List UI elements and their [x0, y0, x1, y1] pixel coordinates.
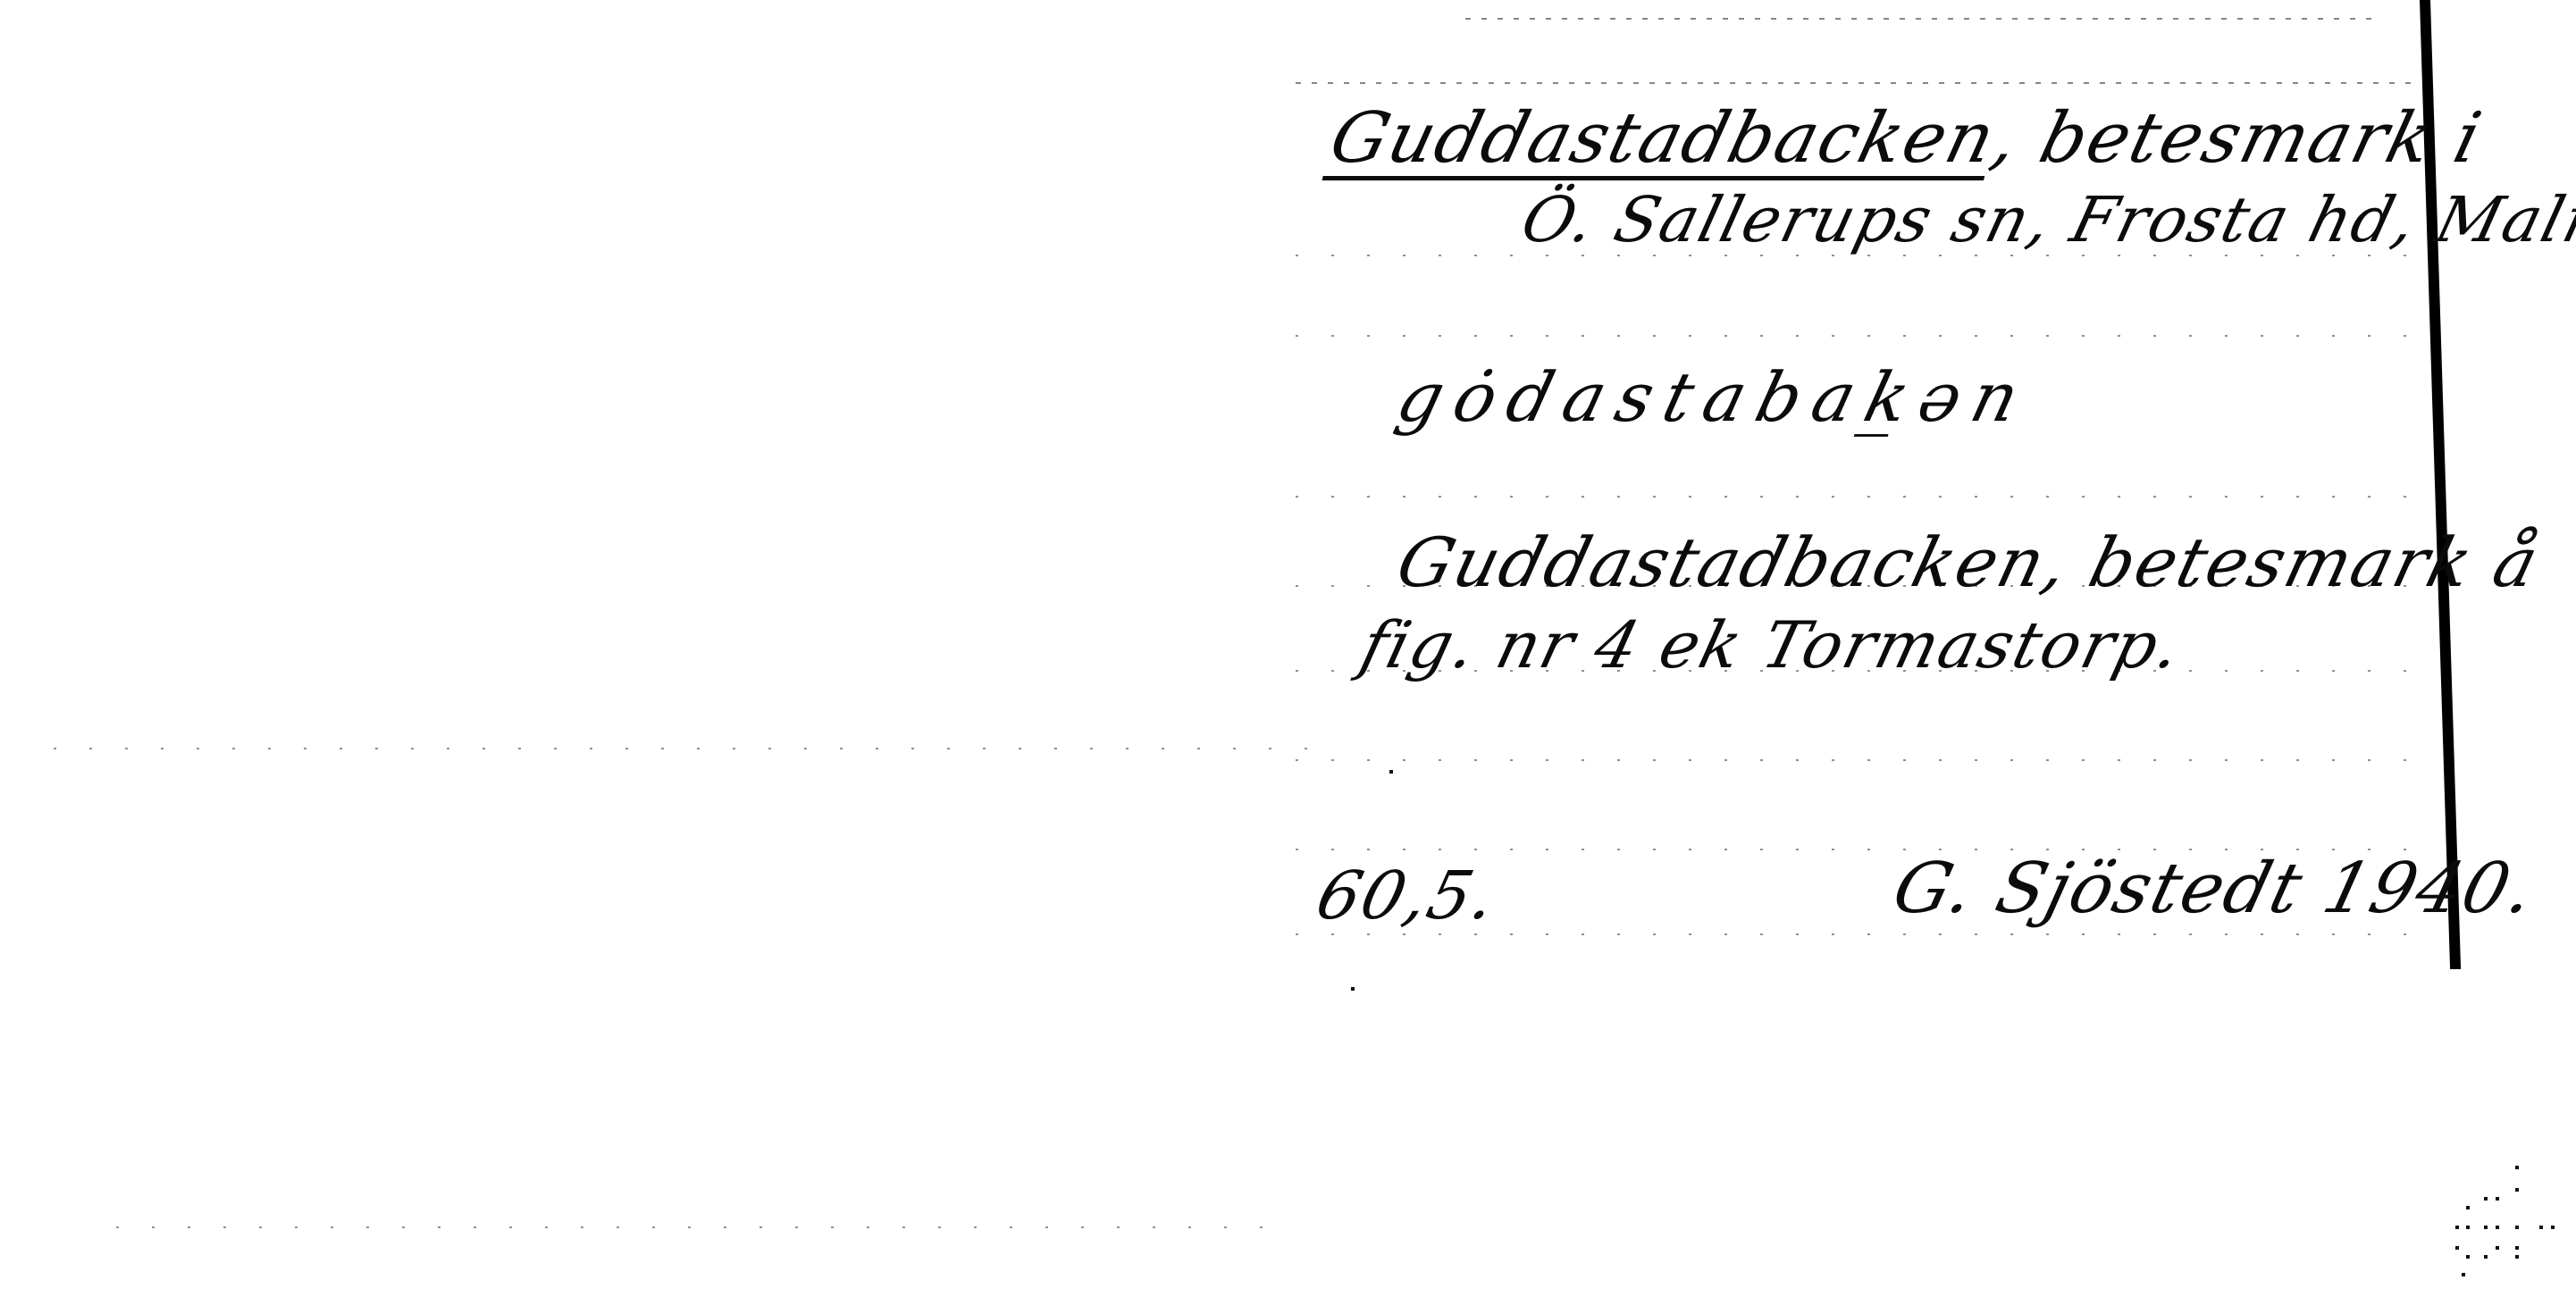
card-reference-number: 60,5.: [1309, 858, 1506, 934]
scan-speck: [2515, 1166, 2519, 1169]
card-line-description-1: Guddastadbacken, betesmark å: [1389, 523, 2547, 602]
scan-speck: [2466, 1206, 2470, 1209]
card-line-location: Ö. Sallerups sn, Frosta hd, Malm. l.: [1515, 183, 2576, 256]
scan-speck: [2484, 1255, 2488, 1259]
scan-speck: [2496, 1197, 2499, 1201]
scan-speck: [1389, 770, 1393, 774]
scan-speck: [2455, 1246, 2459, 1250]
scan-speck: [2496, 1226, 2499, 1229]
scan-speck: [2515, 1255, 2519, 1259]
scan-speck: [2551, 1226, 2555, 1229]
scan-speck: [1351, 987, 1355, 991]
scan-speck: [2515, 1246, 2519, 1250]
scan-noise-line: [116, 1226, 1296, 1228]
scan-noise-line: [1465, 18, 2377, 20]
card-line-name-heading: Guddastadbacken, betesmark i: [1322, 98, 2490, 179]
card-line-pronunciation: gȯdastabak̲ən: [1389, 357, 2039, 437]
scan-speck: [2455, 1226, 2459, 1229]
scan-noise-line: [1296, 496, 2412, 498]
scan-noise-line: [1296, 759, 2412, 761]
card-collector-signature: G. Sjöstedt 1940.: [1885, 849, 2544, 929]
scan-speck: [2484, 1197, 2488, 1201]
scan-speck: [2466, 1226, 2470, 1229]
scan-noise-line: [54, 748, 1322, 749]
scan-speck: [2515, 1188, 2519, 1192]
scan-speck: [2462, 1273, 2465, 1276]
scan-noise-line: [1296, 82, 2412, 84]
scan-speck: [2515, 1226, 2519, 1229]
place-name-heading: Guddastadbacken: [1322, 98, 2004, 179]
scan-speck: [2484, 1226, 2488, 1229]
scan-noise-line: [1296, 335, 2412, 337]
place-name-heading-rest: , betesmark i: [1984, 98, 2490, 179]
scan-speck: [2466, 1255, 2470, 1259]
scan-speck: [2539, 1226, 2543, 1229]
scan-speck: [2496, 1246, 2499, 1250]
card-line-description-2: fig. nr 4 ek Tormastorp.: [1354, 607, 2190, 682]
scanned-card-image: Guddastadbacken, betesmark i Ö. Sallerup…: [0, 0, 2576, 1297]
